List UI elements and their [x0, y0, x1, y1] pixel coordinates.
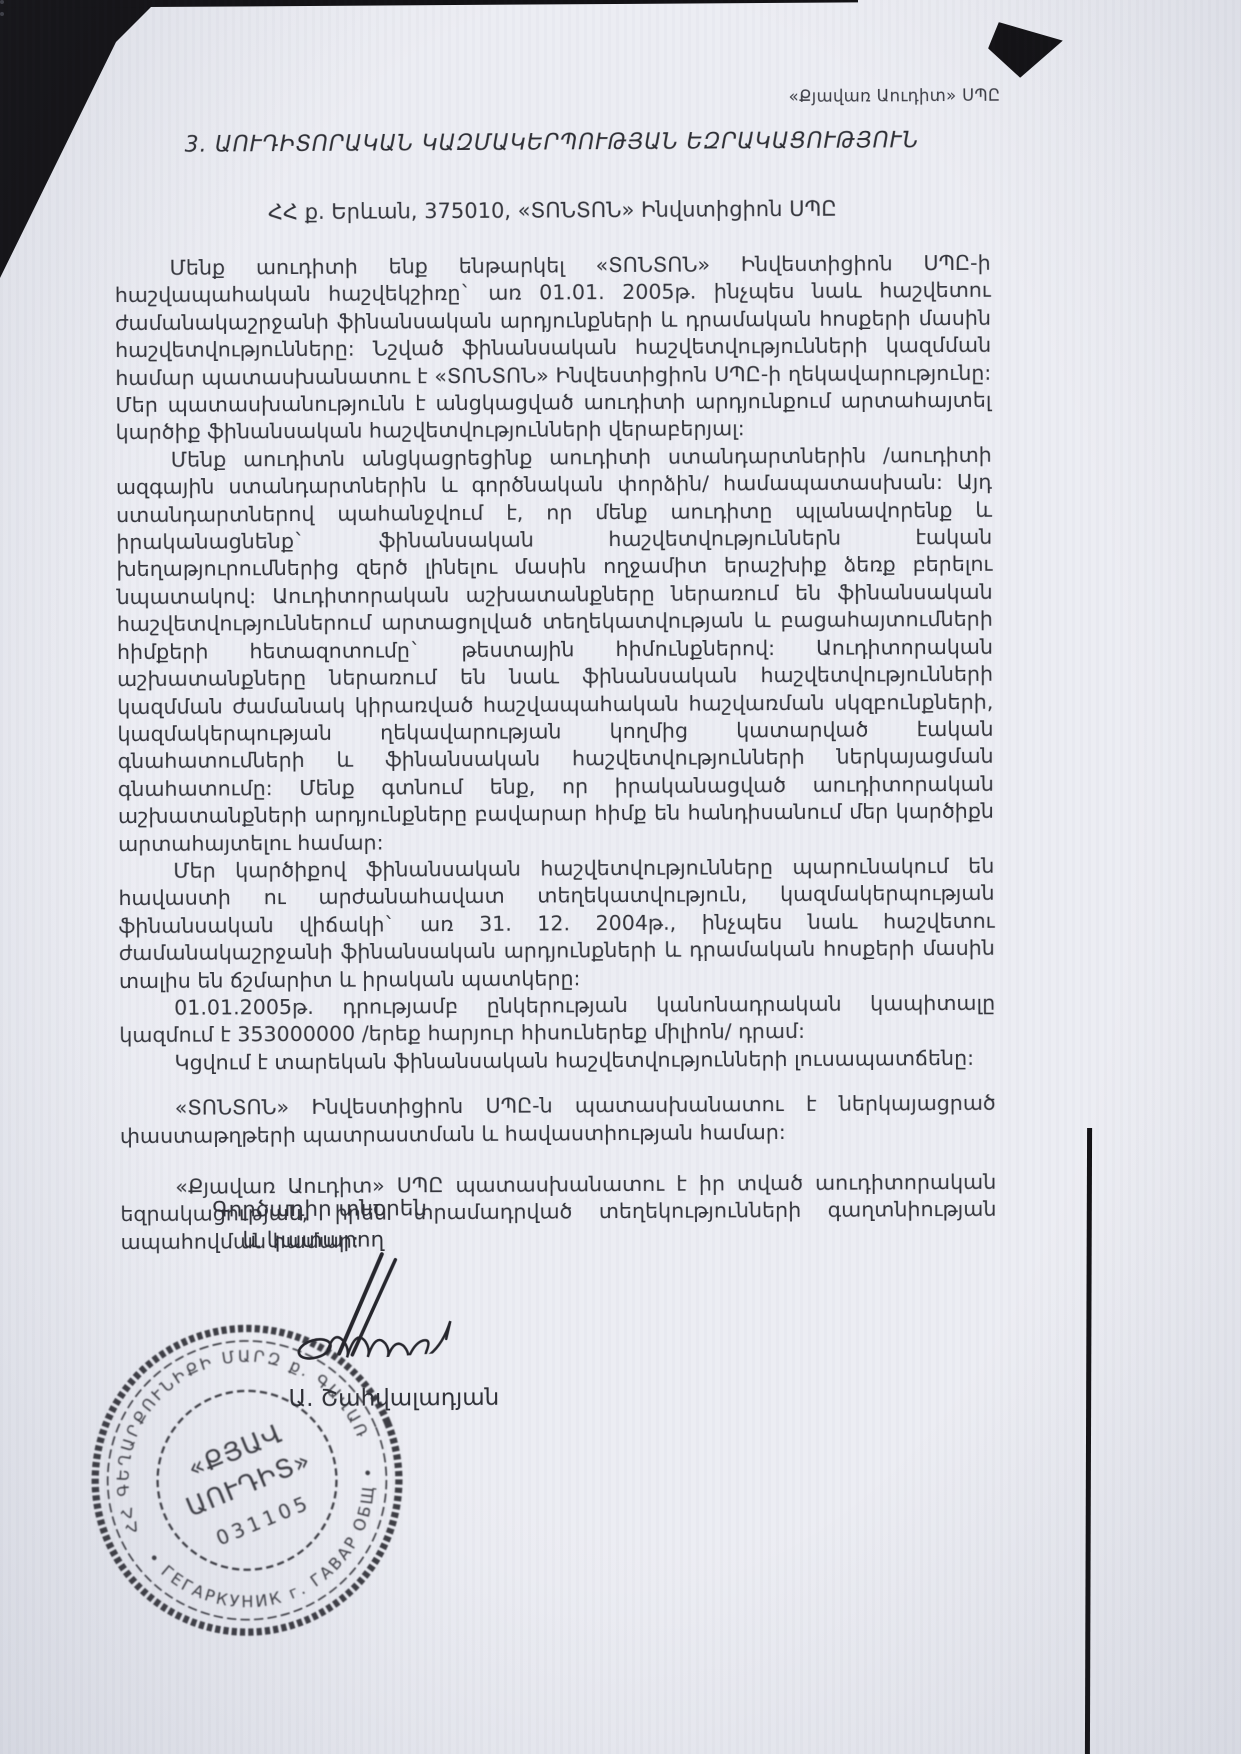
- recipient-address-line: ՀՀ ք. Երևան, 375010, «ՏՈՆՏՈՆ» Ինվստիցիոն…: [114, 196, 990, 225]
- document-content: «Քյավառ Աուդիտ» ՍՊԸ 3. ԱՈՒԴԻՏՈՐԱԿԱՆ ԿԱԶՄ…: [0, 0, 1241, 1754]
- paragraph-client-responsibility: «ՏՈՆՏՈՆ» Ինվեստիցիոն ՍՊԸ-ն պատասխանատու …: [120, 1090, 996, 1150]
- document-body: Մենք աուդիտի ենք ենթարկել «ՏՈՆՏՈՆ» Ինվես…: [115, 250, 997, 1257]
- paragraph-opinion: Մեր կարծիքով ֆինանսական հաշվետվություննե…: [118, 853, 995, 995]
- letterhead-company-name: «Քյավառ Աուդիտ» ՍՊԸ: [789, 86, 1001, 106]
- signer-role-line1: Գործադիր տնօրեն: [212, 1193, 427, 1225]
- paragraph-audit-standards: Մենք աուդիտն անցկացրեցինք աուդիտի ստանդա…: [116, 442, 994, 858]
- document-title: 3. ԱՈՒԴԻՏՈՐԱԿԱՆ ԿԱԶՄԱԿԵՐՊՈՒԹՅԱՆ ԵԶՐԱԿԱՑՈ…: [114, 128, 990, 158]
- signer-name: Ա. Շահվալադյան: [288, 1385, 499, 1412]
- scanned-document-page: «Քյավառ Աուդիտ» ՍՊԸ 3. ԱՈՒԴԻՏՈՐԱԿԱՆ ԿԱԶՄ…: [0, 0, 1241, 1754]
- paragraph-charter-capital: 01.01.2005թ. դրությամբ ընկերության կանոն…: [119, 990, 995, 1050]
- paragraph-audit-scope: Մենք աուդիտի ենք ենթարկել «ՏՈՆՏՈՆ» Ինվես…: [115, 250, 992, 447]
- paragraph-attachment: Կցվում է տարեկան ֆինանսական հաշվետվությո…: [119, 1045, 995, 1078]
